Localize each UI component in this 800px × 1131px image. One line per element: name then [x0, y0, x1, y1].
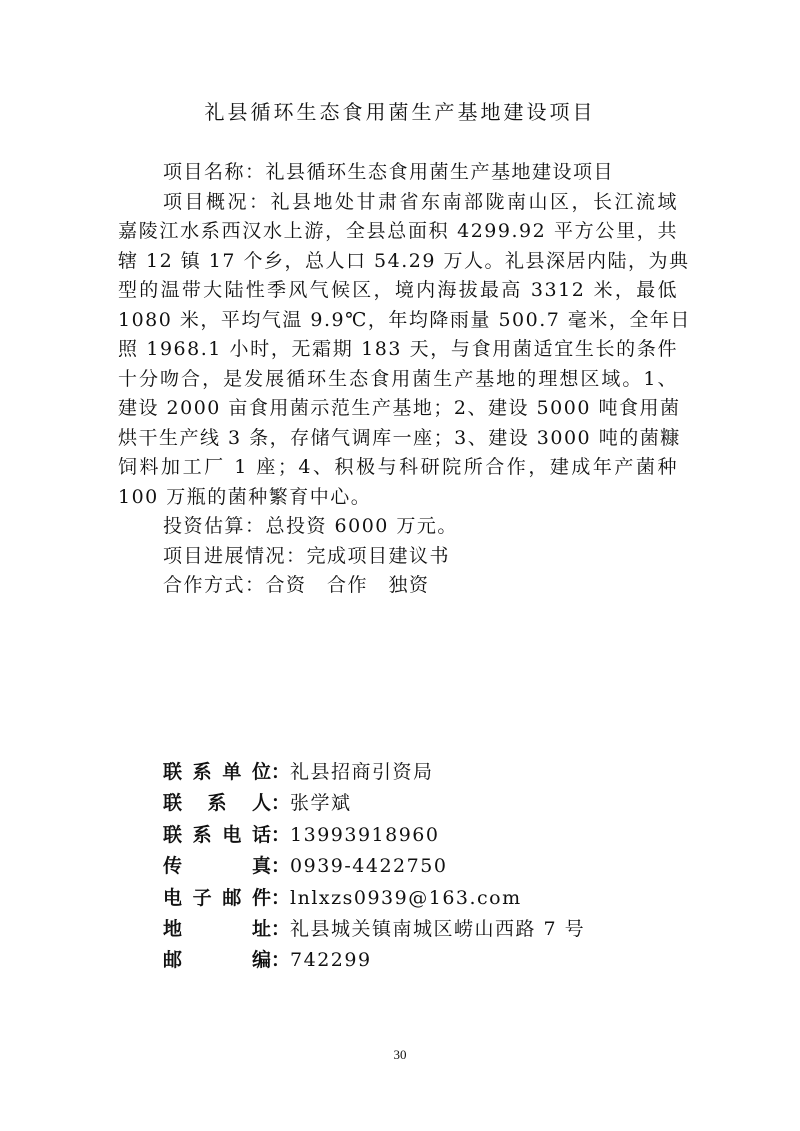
- contact-fax-value: 0939-4422750: [290, 851, 447, 882]
- overview-line: 100 万瓶的菌种繁育中心。: [118, 483, 678, 513]
- contact-address-row: 地址 ：礼县城关镇南城区崂山西路 7 号: [163, 914, 623, 945]
- contact-unit-row: 联系单位 ：礼县招商引资局: [163, 757, 623, 788]
- overview-line: 照 1968.1 小时，无霜期 183 天，与食用菌适宜生长的条件: [118, 335, 678, 365]
- contact-unit-value: 礼县招商引资局: [290, 757, 434, 788]
- contact-person-label: 联系人: [163, 788, 271, 819]
- page-number: 30: [0, 1047, 800, 1063]
- contact-address-label: 地址: [163, 914, 271, 945]
- overview-line: 嘉陵江水系西汉水上游，全县总面积 4299.92 平方公里，共: [118, 217, 678, 247]
- contact-phone-value: 13993918960: [290, 820, 439, 851]
- contact-email-label: 电子邮件: [163, 883, 271, 914]
- overview-line: 建设 2000 亩食用菌示范生产基地；2、建设 5000 吨食用菌: [118, 394, 678, 424]
- progress-line: 项目进展情况：完成项目建议书: [118, 542, 678, 572]
- cooperation-line: 合作方式：合资 合作 独资: [118, 571, 678, 601]
- document-page: 礼县循环生态食用菌生产基地建设项目 项目名称：礼县循环生态食用菌生产基地建设项目…: [0, 0, 800, 1131]
- overview-line: 十分吻合，是发展循环生态食用菌生产基地的理想区域。1、: [118, 365, 678, 395]
- document-title: 礼县循环生态食用菌生产基地建设项目: [0, 97, 800, 127]
- overview-line: 烘干生产线 3 条，存储气调库一座；3、建设 3000 吨的菌糠: [118, 424, 678, 454]
- contact-email-value[interactable]: lnlxzs0939@163.com: [290, 883, 522, 914]
- contact-fax-row: 传真 ：0939-4422750: [163, 851, 623, 882]
- project-name-line: 项目名称：礼县循环生态食用菌生产基地建设项目: [118, 158, 678, 188]
- overview-line: 项目概况：礼县地处甘肃省东南部陇南山区，长江流域: [118, 188, 678, 218]
- contact-unit-label: 联系单位: [163, 757, 271, 788]
- overview-line: 1080 米，平均气温 9.9℃，年均降雨量 500.7 毫米，全年日: [118, 306, 678, 336]
- contact-info: 联系单位 ：礼县招商引资局 联系人 ：张学斌 联系电话 ：13993918960…: [163, 757, 623, 977]
- overview-line: 型的温带大陆性季风气候区，境内海拔最高 3312 米，最低: [118, 276, 678, 306]
- contact-phone-label: 联系电话: [163, 820, 271, 851]
- overview-line: 饲料加工厂 1 座；4、积极与科研院所合作，建成年产菌种: [118, 453, 678, 483]
- investment-line: 投资估算：总投资 6000 万元。: [118, 512, 678, 542]
- overview-line: 辖 12 镇 17 个乡，总人口 54.29 万人。礼县深居内陆，为典: [118, 247, 678, 277]
- contact-email-row: 电子邮件 ：lnlxzs0939@163.com: [163, 883, 623, 914]
- contact-address-value: 礼县城关镇南城区崂山西路 7 号: [290, 914, 585, 945]
- contact-postcode-row: 邮编 ：742299: [163, 945, 623, 976]
- contact-person-row: 联系人 ：张学斌: [163, 788, 623, 819]
- contact-postcode-label: 邮编: [163, 945, 271, 976]
- contact-person-value: 张学斌: [290, 788, 352, 819]
- contact-fax-label: 传真: [163, 851, 271, 882]
- project-description: 项目名称：礼县循环生态食用菌生产基地建设项目 项目概况：礼县地处甘肃省东南部陇南…: [118, 158, 678, 601]
- contact-postcode-value: 742299: [290, 945, 372, 976]
- contact-phone-row: 联系电话 ：13993918960: [163, 820, 623, 851]
